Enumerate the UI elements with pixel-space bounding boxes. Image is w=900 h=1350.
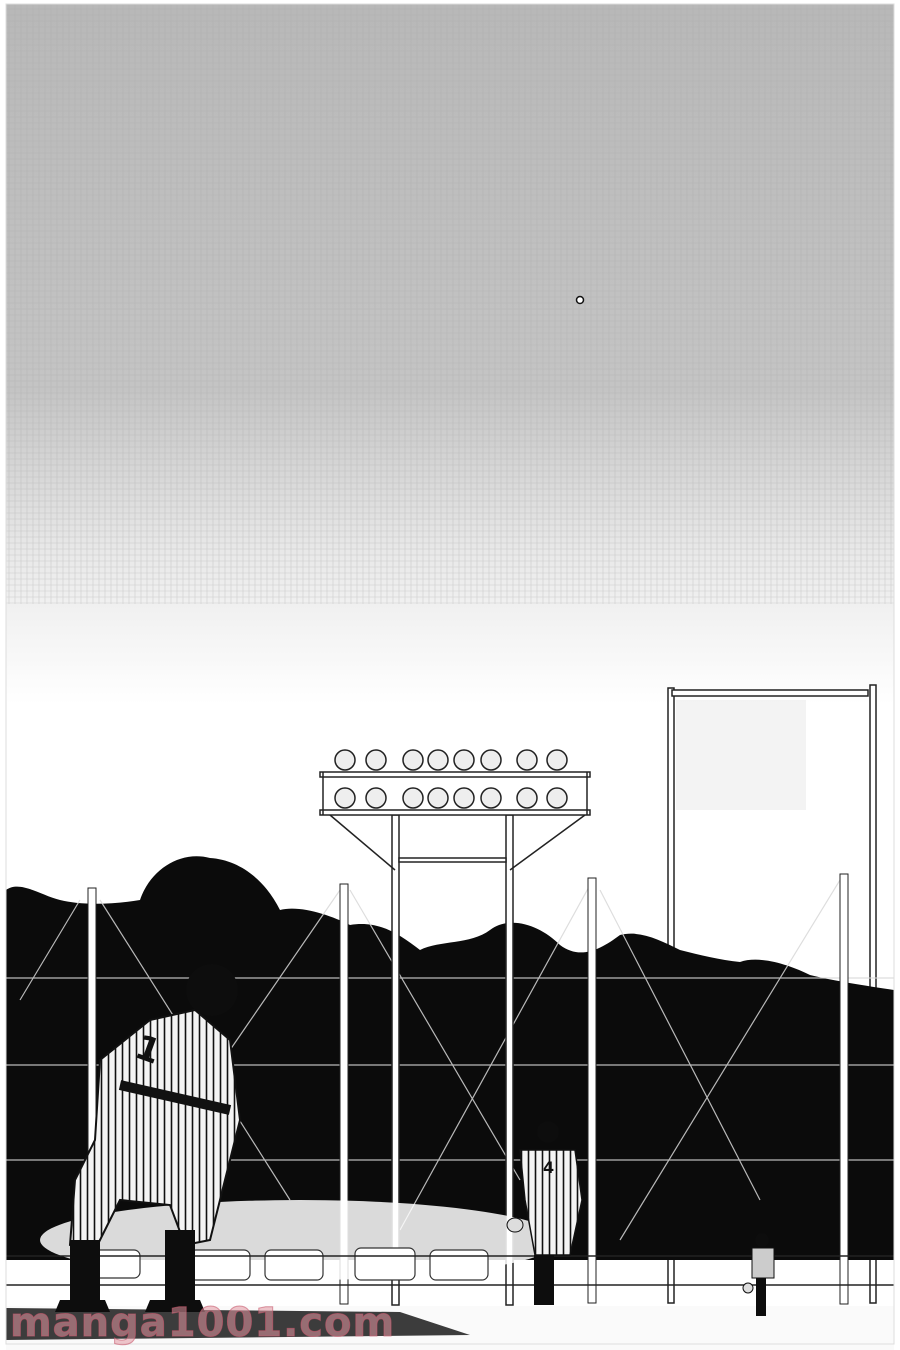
- jersey-number-4: 4: [543, 1158, 554, 1177]
- parked-cars: [40, 1200, 560, 1280]
- manga-panel: [0, 0, 900, 1350]
- baseball: [577, 297, 584, 304]
- watermark: manga1001.com: [10, 1300, 395, 1346]
